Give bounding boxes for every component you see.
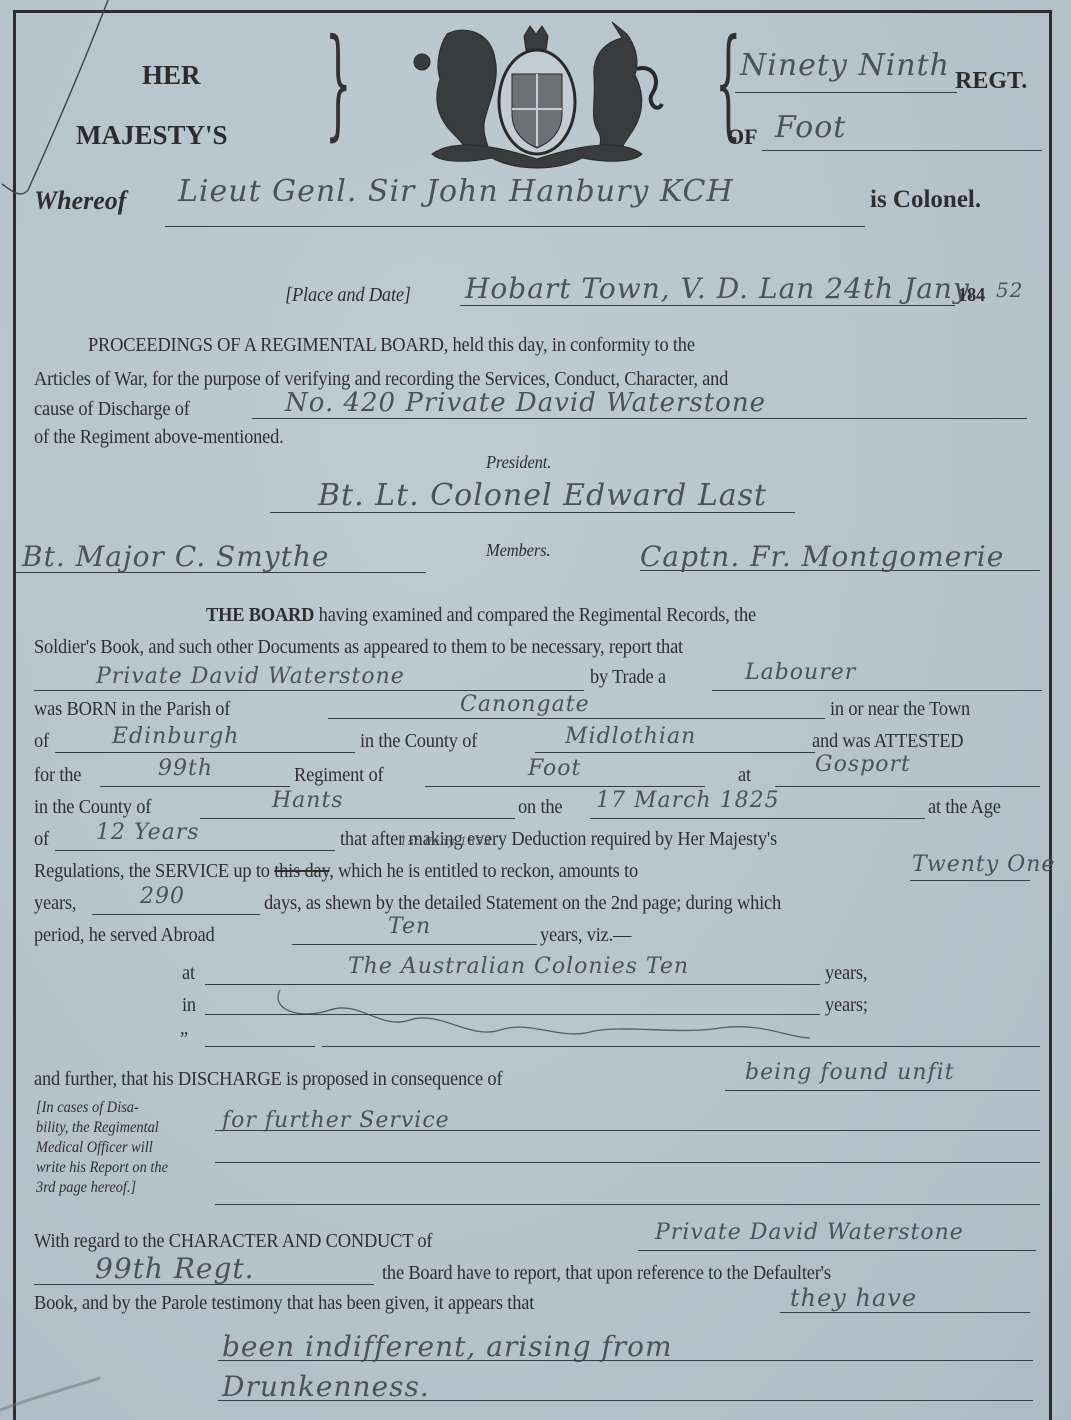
soldier-name-handwritten: No. 420 Private David Waterstone (285, 388, 766, 418)
majestys-heading: MAJESTY'S (76, 120, 228, 151)
discharge-of-line (252, 418, 1027, 419)
discharge-label: and further, that his DISCHARGE is propo… (34, 1068, 502, 1091)
viz-label: years, viz.— (540, 924, 631, 947)
age-handwritten: 12 Years (96, 820, 200, 845)
abroad-years-handwritten: Ten (388, 914, 431, 939)
abroad-row-1-line (205, 984, 820, 985)
age-line (55, 850, 335, 851)
place-date-line (460, 305, 955, 306)
town-line (55, 752, 355, 753)
character-name-line (638, 1250, 1036, 1251)
member-1-handwritten: Bt. Major C. Smythe (22, 540, 329, 573)
by-trade-label: by Trade a (590, 666, 666, 689)
discharge-reason-1-line (725, 1090, 1040, 1091)
note-line: bility, the Regimental (36, 1118, 168, 1138)
abroad-row-2-prefix: in (182, 994, 196, 1017)
report-line-1-text: having examined and compared the Regimen… (319, 604, 756, 626)
report-name-line (34, 690, 584, 691)
is-colonel-label: is Colonel. (870, 186, 981, 214)
whereof-label: Whereof (34, 186, 126, 216)
regiment-of-handwritten: Foot (528, 756, 581, 781)
abroad-row-3-prefix: ” (180, 1028, 188, 1051)
near-town-label: in or near the Town (830, 698, 970, 721)
board-report-text: the Board have to report, that upon refe… (382, 1262, 831, 1285)
character-regiment-line (34, 1284, 374, 1285)
report-line-1: THE BOARD having examined and compared t… (206, 604, 756, 627)
abroad-row-3-line-a (205, 1046, 315, 1047)
parish-handwritten: Canongate (460, 692, 590, 717)
note-line: 3rd page hereof.] (36, 1178, 168, 1198)
member-2-line (640, 570, 1040, 571)
of-label: OF (727, 124, 758, 150)
discharge-reason-3-line (215, 1162, 1040, 1163)
abroad-label: period, he served Abroad (34, 924, 215, 947)
for-the-label: for the (34, 764, 81, 787)
note-line: write his Report on the (36, 1158, 168, 1178)
date-annotation-handwritten: 1st Feby 1853 (400, 835, 492, 848)
years-label: years, (34, 892, 76, 915)
of-line (762, 150, 1042, 151)
in-county-label: in the County of (34, 796, 151, 819)
place-date-label: [Place and Date] (285, 284, 411, 307)
service-days-line (92, 914, 260, 915)
colonel-line (165, 226, 865, 227)
book-text: Book, and by the Parole testimony that h… (34, 1292, 534, 1315)
finding-2-handwritten: been indifferent, arising from (222, 1330, 673, 1363)
discharge-reason-1-handwritten: being found unfit (745, 1060, 955, 1085)
character-label: With regard to the CHARACTER AND CONDUCT… (34, 1230, 432, 1253)
regiment-number-handwritten: 99th (158, 756, 213, 781)
parish-line (328, 718, 825, 719)
attested-county-handwritten: Hants (272, 788, 344, 813)
colonel-handwritten: Lieut Genl. Sir John Hanbury KCH (178, 174, 734, 209)
service-years-line (910, 880, 1030, 881)
county-label: in the County of (360, 730, 477, 753)
finding-1-handwritten: they have (790, 1284, 917, 1312)
finding-2-line (218, 1360, 1033, 1361)
attested-date-handwritten: 17 March 1825 (596, 788, 780, 813)
finding-1-line (780, 1312, 1030, 1313)
abroad-row-1-prefix: at (182, 962, 195, 985)
member-1-line (16, 572, 426, 573)
president-line (270, 512, 795, 513)
report-line-2: Soldier's Book, and such other Documents… (34, 636, 683, 659)
abroad-row-1-suffix: years, (825, 962, 867, 985)
attested-place-line (775, 786, 1040, 787)
members-label: Members. (486, 540, 550, 561)
abroad-row-2-line (205, 1014, 820, 1015)
character-regiment-handwritten: 99th Regt. (95, 1252, 255, 1285)
abroad-row-3-line-b (322, 1046, 1040, 1047)
discharge-reason-2-line (215, 1130, 1040, 1131)
at-label: at (738, 764, 751, 787)
note-line: [In cases of Disa- (36, 1098, 168, 1118)
year-printed: 184 (958, 284, 985, 307)
finding-3-line (218, 1400, 1033, 1401)
year-handwritten: 52 (996, 278, 1023, 302)
discharge-reason-4-line (215, 1204, 1040, 1205)
service-line: Regulations, the SERVICE up to this day,… (34, 860, 638, 883)
member-2-handwritten: Captn. Fr. Montgomerie (640, 540, 1004, 573)
on-the-label: on the (518, 796, 562, 819)
regiment-line (735, 92, 957, 93)
report-name-handwritten: Private David Waterstone (96, 664, 405, 689)
at-age-label: at the Age (928, 796, 1001, 819)
county-handwritten: Midlothian (565, 724, 696, 749)
attested-county-line (200, 818, 515, 819)
trade-line (712, 690, 1042, 691)
abroad-years-line (292, 944, 537, 945)
discharge-of-label: cause of Discharge of (34, 398, 190, 421)
finding-3-handwritten: Drunkenness. (222, 1370, 430, 1403)
born-label: was BORN in the Parish of (34, 698, 230, 721)
county-line (535, 752, 815, 753)
president-label: President. (486, 452, 551, 473)
attested-place-handwritten: Gosport (815, 752, 911, 777)
place-date-handwritten: Hobart Town, V. D. Lan 24th Jany. (465, 272, 976, 305)
her-heading: HER (142, 60, 201, 91)
proceedings-line-1: PROCEEDINGS OF A REGIMENTAL BOARD, held … (88, 334, 695, 357)
character-name-handwritten: Private David Waterstone (655, 1220, 964, 1245)
abroad-row-2-suffix: years; (825, 994, 868, 1017)
left-brace: } (325, 24, 352, 144)
disability-note: [In cases of Disa- bility, the Regimenta… (36, 1098, 168, 1198)
attested-date-line (590, 818, 925, 819)
proceedings-line-4: of the Regiment above-mentioned. (34, 426, 284, 449)
town-of-label: of (34, 730, 49, 753)
attested-label: and was ATTESTED (812, 730, 963, 753)
regulations-text: Regulations, the SERVICE up to (34, 860, 270, 882)
character-label-text: With regard to the CHARACTER AND CONDUCT… (34, 1230, 432, 1252)
reckon-text: , which he is entitled to reckon, amount… (329, 860, 638, 882)
service-years-handwritten: Twenty One (912, 852, 1055, 877)
the-board-label: THE BOARD (206, 604, 314, 626)
royal-coat-of-arms-icon (392, 14, 682, 174)
regiment-handwritten: Ninety Ninth (740, 48, 950, 83)
president-handwritten: Bt. Lt. Colonel Edward Last (318, 478, 767, 513)
days-text: days, as shewn by the detailed Statement… (264, 892, 781, 915)
this-day-struck: this day (274, 860, 329, 882)
regiment-number-line (100, 786, 290, 787)
age-of-label: of (34, 828, 49, 851)
of-handwritten: Foot (775, 110, 846, 145)
service-days-handwritten: 290 (140, 884, 185, 909)
regt-label: REGT. (955, 68, 1027, 95)
note-line: Medical Officer will (36, 1138, 168, 1158)
abroad-row-1-handwritten: The Australian Colonies Ten (348, 954, 689, 979)
regiment-of-line (425, 786, 705, 787)
trade-handwritten: Labourer (745, 660, 856, 685)
town-handwritten: Edinburgh (112, 724, 239, 749)
regiment-of-label: Regiment of (294, 764, 383, 787)
